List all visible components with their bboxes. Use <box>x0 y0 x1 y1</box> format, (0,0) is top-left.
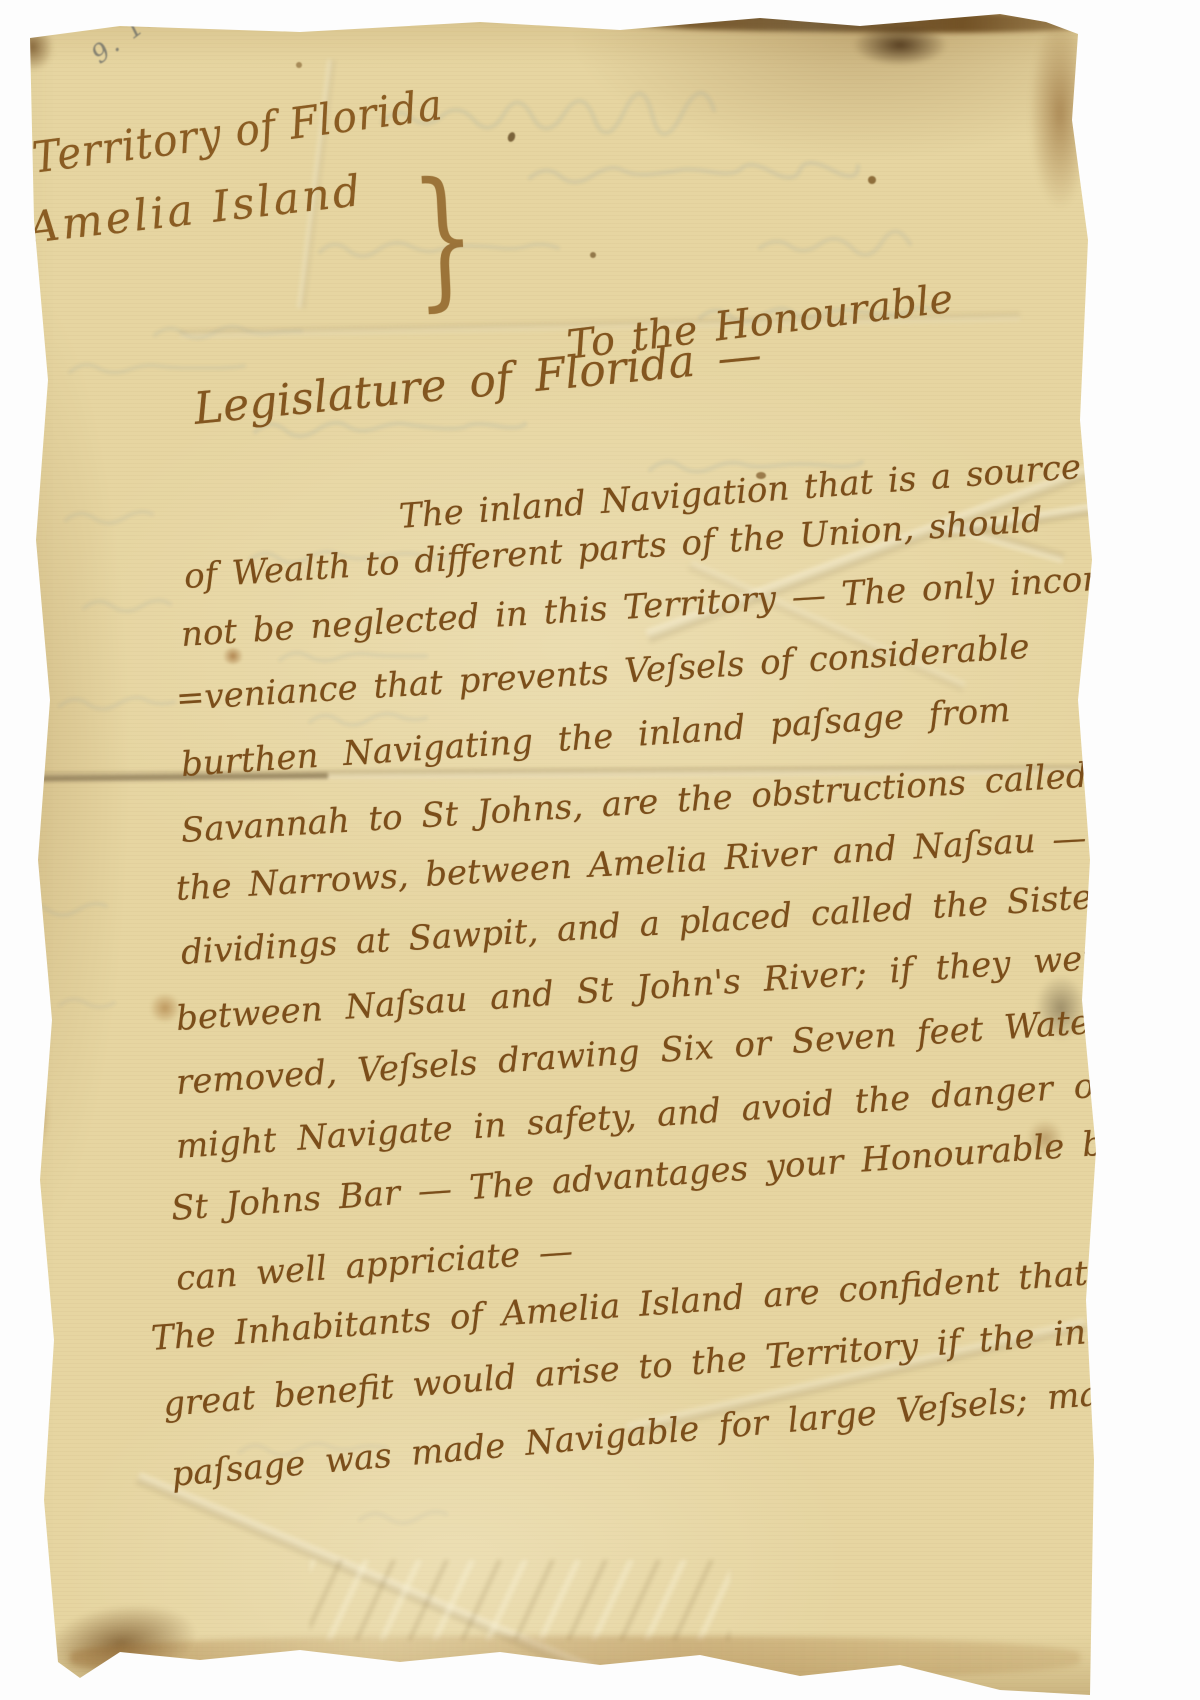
crease <box>136 1472 619 1686</box>
stain <box>10 22 54 72</box>
manuscript-page: 9. 1824 Territory of Florida Amelia Isla… <box>0 0 1200 1700</box>
crease <box>310 1560 730 1640</box>
stain <box>18 1078 50 1152</box>
salutation-line: Legislature of Florida — <box>192 333 763 431</box>
heading-amelia-island: Amelia Island <box>26 170 365 251</box>
ink-speck <box>590 252 596 258</box>
burn-mark <box>852 24 948 66</box>
document-scan: 9. 1824 Territory of Florida Amelia Isla… <box>0 0 1200 1700</box>
stain <box>6 316 34 380</box>
burn-mark <box>588 7 1088 34</box>
ink-speck <box>868 176 876 184</box>
burn-mark <box>42 1596 201 1690</box>
ink-speck <box>507 131 517 143</box>
stain <box>70 1636 1080 1680</box>
heading-territory: Territory of Florida <box>30 84 445 181</box>
ink-speck <box>296 62 302 68</box>
stain <box>1030 18 1090 208</box>
heading-brace: } <box>408 149 479 327</box>
pencil-date-note: 9. 1824 <box>86 0 196 69</box>
handwritten-line: can well appriciate — <box>175 1234 574 1296</box>
